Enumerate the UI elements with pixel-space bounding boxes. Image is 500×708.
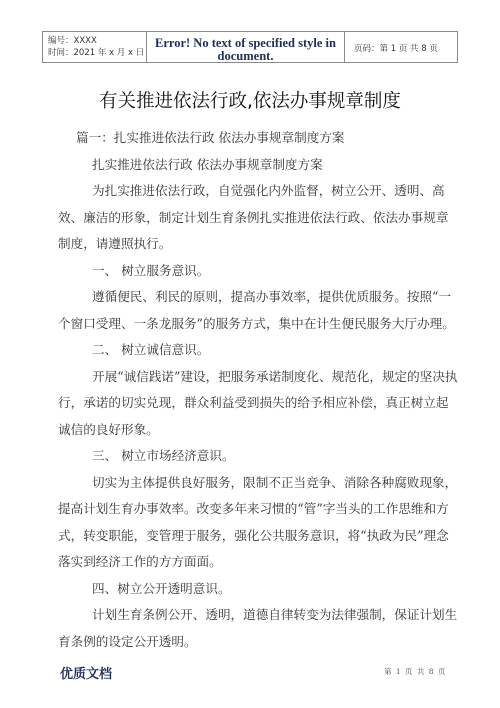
paragraph: 开展“诚信践诺”建设，把服务承诺制度化、规范化，规定的坚决执行，承诺的切实兑现，… xyxy=(58,364,458,444)
subheading: 扎实推进依法行政 依法办事规章制度方案 xyxy=(58,152,458,179)
footer-page-info: 第 1 页 共 8 页 xyxy=(384,666,446,677)
item-heading: 三、 树立市场经济意识。 xyxy=(58,443,458,470)
document-number: 编号：XXXX xyxy=(48,35,146,47)
header-info-table: 编号：XXXX 时间：2021 年 x 月 x 日 Error! No text… xyxy=(42,31,458,63)
item-heading: 二、 树立诚信意识。 xyxy=(58,337,458,364)
header-meta-cell: 编号：XXXX 时间：2021 年 x 月 x 日 xyxy=(43,32,147,62)
document-title: 有关推进依法行政,依法办事规章制度 xyxy=(0,87,500,113)
header-page-info: 页码：第 1 页 共 8 页 xyxy=(345,32,457,62)
paragraph: 计划生育条例公开、透明，道德自律转变为法律强制，保证计划生育条例的设定公开透明。 xyxy=(58,602,458,655)
paragraph: 切实为主体提供良好服务，限制不正当竞争、消除各种腐败现象，提高计划生育办事效率。… xyxy=(58,470,458,576)
paragraph: 遵循便民、利民的原则，提高办事效率，提供优质服务。按照“一个窗口受理、一条龙服务… xyxy=(58,284,458,337)
document-body: 篇一：扎实推进依法行政 依法办事规章制度方案 扎实推进依法行政 依法办事规章制度… xyxy=(58,125,458,655)
item-heading: 一、 树立服务意识。 xyxy=(58,258,458,285)
item-heading: 四、树立公开透明意识。 xyxy=(58,576,458,603)
footer-brand: 优质文档 xyxy=(60,663,112,682)
section-heading: 篇一：扎实推进依法行政 依法办事规章制度方案 xyxy=(58,125,458,152)
document-date: 时间：2021 年 x 月 x 日 xyxy=(48,47,146,59)
paragraph: 为扎实推进依法行政，自觉强化内外监督，树立公开、透明、高效、廉洁的形象，制定计划… xyxy=(58,178,458,258)
header-error-cell: Error! No text of specified style in doc… xyxy=(147,32,345,62)
